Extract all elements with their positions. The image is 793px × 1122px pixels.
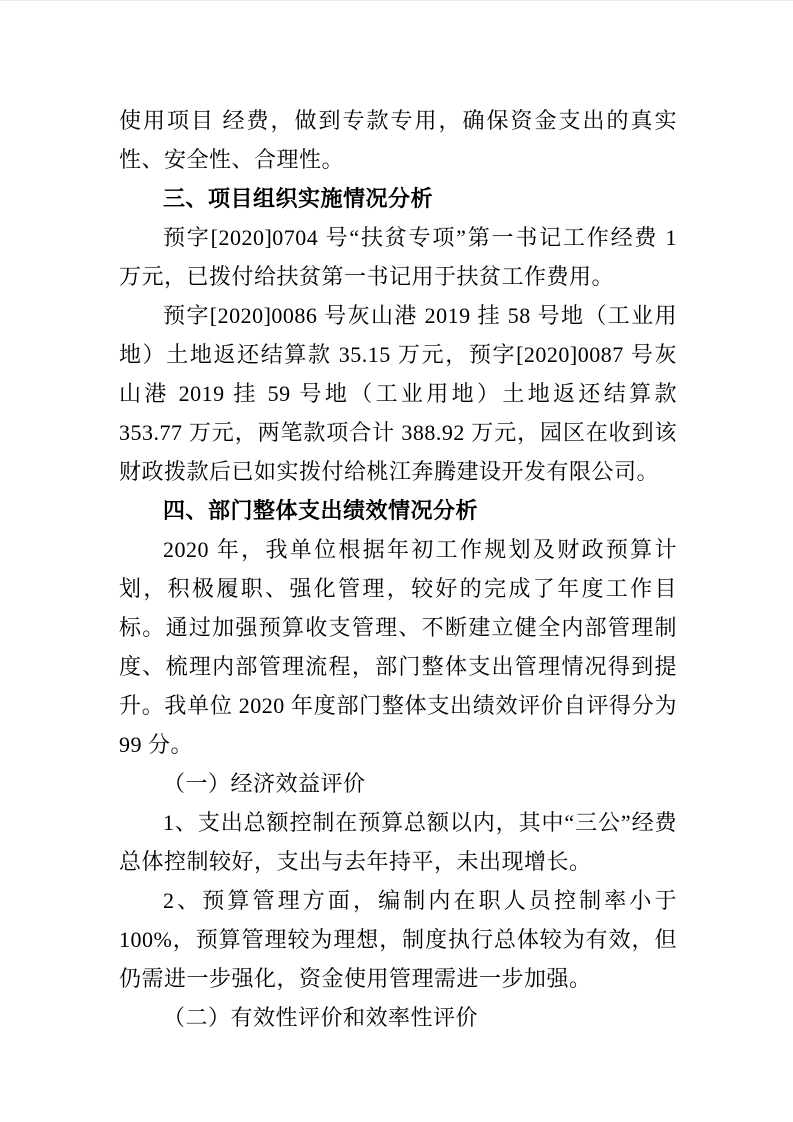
paragraph: 2、预算管理方面，编制内在职人员控制率小于 100%，预算管理较为理想，制度执行…	[119, 881, 677, 998]
page-top-edge	[0, 0, 793, 1]
paragraph: 2020 年，我单位根据年初工作规划及财政预算计划，积极履职、强化管理，较好的完…	[119, 530, 677, 764]
paragraph: （一）经济效益评价	[119, 764, 677, 803]
section-heading: 四、部门整体支出绩效情况分析	[119, 491, 677, 530]
paragraph: 1、支出总额控制在预算总额以内，其中“三公”经费总体控制较好，支出与去年持平，未…	[119, 803, 677, 881]
paragraph: 使用项目 经费，做到专款专用，确保资金支出的真实性、安全性、合理性。	[119, 101, 677, 179]
document-page: 使用项目 经费，做到专款专用，确保资金支出的真实性、安全性、合理性。三、项目组织…	[0, 0, 793, 1122]
paragraph: 预字[2020]0704 号“扶贫专项”第一书记工作经费 1 万元，已拨付给扶贫…	[119, 218, 677, 296]
paragraph: （二）有效性评价和效率性评价	[119, 998, 677, 1037]
section-heading: 三、项目组织实施情况分析	[119, 179, 677, 218]
paragraph: 预字[2020]0086 号灰山港 2019 挂 58 号地（工业用地）土地返还…	[119, 296, 677, 491]
document-body: 使用项目 经费，做到专款专用，确保资金支出的真实性、安全性、合理性。三、项目组织…	[119, 101, 677, 1037]
